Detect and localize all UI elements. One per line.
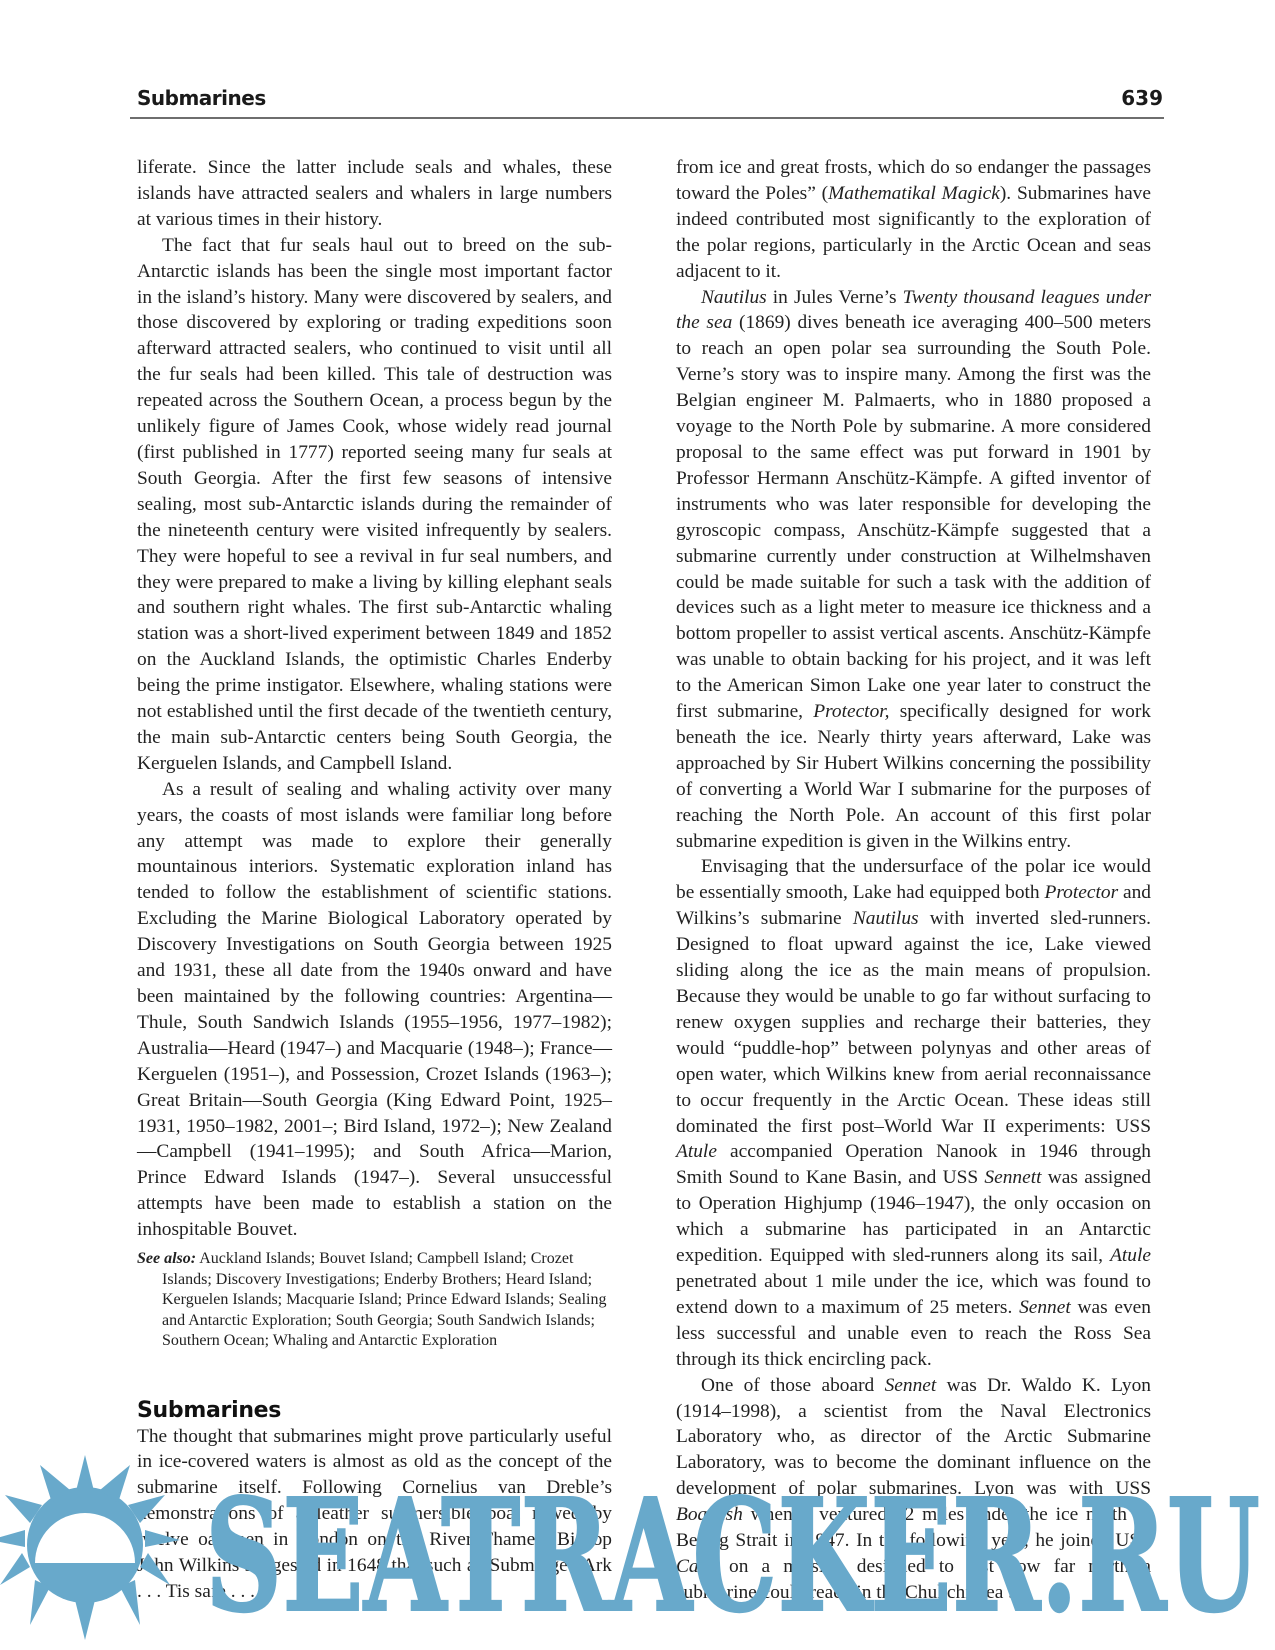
- italic-title: Atule: [1110, 1245, 1151, 1266]
- italic-title: Mathematikal Magick: [828, 183, 1000, 204]
- italic-title: Boarfish: [676, 1504, 743, 1525]
- italic-title: Atule: [676, 1141, 717, 1162]
- see-also-links: Auckland Islands; Bouvet Island; Campbel…: [162, 1250, 606, 1349]
- running-title: Submarines: [137, 86, 266, 110]
- paragraph: from ice and great frosts, which do so e…: [676, 155, 1151, 285]
- see-also: See also: Auckland Islands; Bouvet Islan…: [137, 1249, 612, 1352]
- text-run: when it ventured 12 miles under the ice …: [676, 1504, 1151, 1551]
- text-run: specifically designed for work beneath t…: [676, 701, 1151, 852]
- paragraph: The fact that fur seals haul out to bree…: [137, 233, 612, 777]
- text-run: in Jules Verne’s: [767, 287, 903, 308]
- paragraph: As a result of sealing and whaling activ…: [137, 777, 612, 1243]
- see-also-label: See also:: [137, 1250, 196, 1267]
- left-column: liferate. Since the latter include seals…: [137, 155, 612, 1605]
- italic-title: Sennet: [1019, 1297, 1071, 1318]
- header-rule: [130, 117, 1164, 119]
- paragraph: One of those aboard Sennet was Dr. Waldo…: [676, 1373, 1151, 1606]
- running-head: Submarines 639: [137, 86, 1163, 114]
- italic-title: Nautilus: [701, 287, 767, 308]
- paragraph: Nautilus in Jules Verne’s Twenty thousan…: [676, 285, 1151, 855]
- document-page: Submarines 639 liferate. Since the latte…: [0, 0, 1275, 1650]
- text-run: with inverted sled-runners. Designed to …: [676, 908, 1151, 1136]
- text-run: (1869) dives beneath ice averaging 400–5…: [676, 312, 1151, 722]
- italic-title: Protector: [1045, 882, 1119, 903]
- text-run: on a mission designed to test how far no…: [676, 1556, 1151, 1603]
- paragraph: liferate. Since the latter include seals…: [137, 155, 612, 233]
- italic-title: Nautilus: [853, 908, 919, 929]
- section-heading: Submarines: [137, 1398, 612, 1424]
- italic-title: Protector,: [813, 701, 889, 722]
- page-number: 639: [1121, 86, 1163, 110]
- italic-title: Sennet: [885, 1375, 937, 1396]
- right-column: from ice and great frosts, which do so e…: [676, 155, 1151, 1606]
- paragraph: Envisaging that the undersurface of the …: [676, 854, 1151, 1372]
- paragraph: The thought that submarines might prove …: [137, 1424, 612, 1605]
- italic-title: Sennett: [984, 1167, 1041, 1188]
- text-run: One of those aboard: [701, 1375, 885, 1396]
- italic-title: Carp: [676, 1556, 716, 1577]
